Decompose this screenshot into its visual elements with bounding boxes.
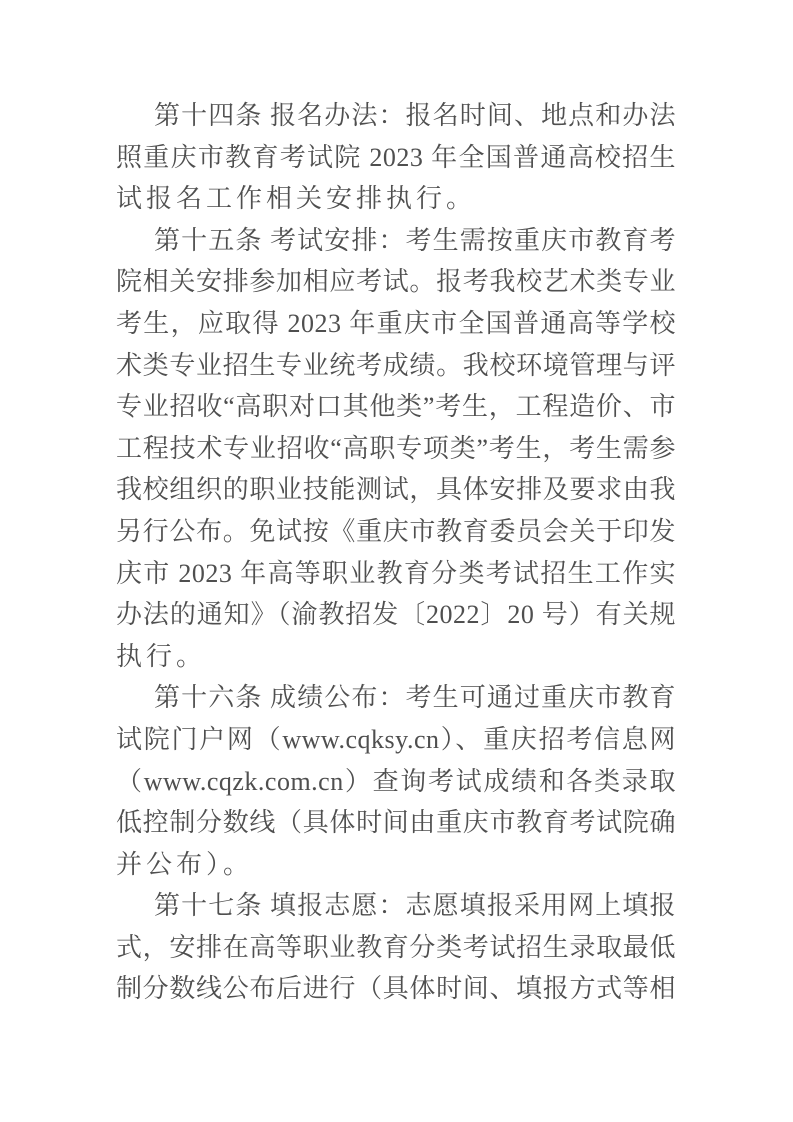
text-line: 院相关安排参加相应考试。报考我校艺术类专业的 — [116, 261, 676, 303]
text-line: 专业招收“高职对口其他类”考生，工程造价、市政 — [116, 386, 676, 428]
document-page: 第十四条 报名办法：报名时间、地点和办法按照重庆市教育考试院 2023 年全国普… — [0, 0, 793, 1122]
text-line: 第十五条 考试安排：考生需按重庆市教育考试 — [116, 220, 676, 262]
text-line: 制分数线公布后进行（具体时间、填报方式等相关 — [116, 968, 676, 1010]
text-line: 并公布）。 — [116, 844, 676, 886]
text-line: 办法的通知》（渝教招发〔2022〕20 号）有关规定 — [116, 594, 676, 636]
text-line: 执行。 — [116, 636, 676, 678]
text-line: 庆市 2023 年高等职业教育分类考试招生工作实施 — [116, 553, 676, 595]
text-line: 式，安排在高等职业教育分类考试招生录取最低控 — [116, 927, 676, 969]
text-line: 第十七条 填报志愿：志愿填报采用网上填报方 — [116, 885, 676, 927]
text-line: 照重庆市教育考试院 2023 年全国普通高校招生考 — [116, 137, 676, 179]
text-line: 考生，应取得 2023 年重庆市全国普通高等学校艺 — [116, 303, 676, 345]
text-block: 第十四条 报名办法：报名时间、地点和办法按照重庆市教育考试院 2023 年全国普… — [116, 95, 676, 1010]
paragraph-article-16-score-publication: 第十六条 成绩公布：考生可通过重庆市教育考试院门户网（www.cqksy.cn）… — [116, 677, 676, 885]
text-line: 另行公布。免试按《重庆市教育委员会关于印发重 — [116, 511, 676, 553]
text-line: 试院门户网（www.cqksy.cn）、重庆招考信息网 — [116, 719, 676, 761]
text-line: 第十四条 报名办法：报名时间、地点和办法按 — [116, 95, 676, 137]
text-line: 我校组织的职业技能测试，具体安排及要求由我校 — [116, 469, 676, 511]
text-line: 术类专业招生专业统考成绩。我校环境管理与评价 — [116, 345, 676, 387]
text-line: 试报名工作相关安排执行。 — [116, 178, 676, 220]
paragraph-article-17-application-filing: 第十七条 填报志愿：志愿填报采用网上填报方式，安排在高等职业教育分类考试招生录取… — [116, 885, 676, 1010]
text-line: 低控制分数线（具体时间由重庆市教育考试院确定 — [116, 802, 676, 844]
text-line: 工程技术专业招收“高职专项类”考生，考生需参加 — [116, 428, 676, 470]
text-line: （www.cqzk.com.cn）查询考试成绩和各类录取最 — [116, 761, 676, 803]
paragraph-article-15-exam-arrangement: 第十五条 考试安排：考生需按重庆市教育考试院相关安排参加相应考试。报考我校艺术类… — [116, 220, 676, 678]
paragraph-article-14-registration-method: 第十四条 报名办法：报名时间、地点和办法按照重庆市教育考试院 2023 年全国普… — [116, 95, 676, 220]
text-line: 第十六条 成绩公布：考生可通过重庆市教育考 — [116, 677, 676, 719]
